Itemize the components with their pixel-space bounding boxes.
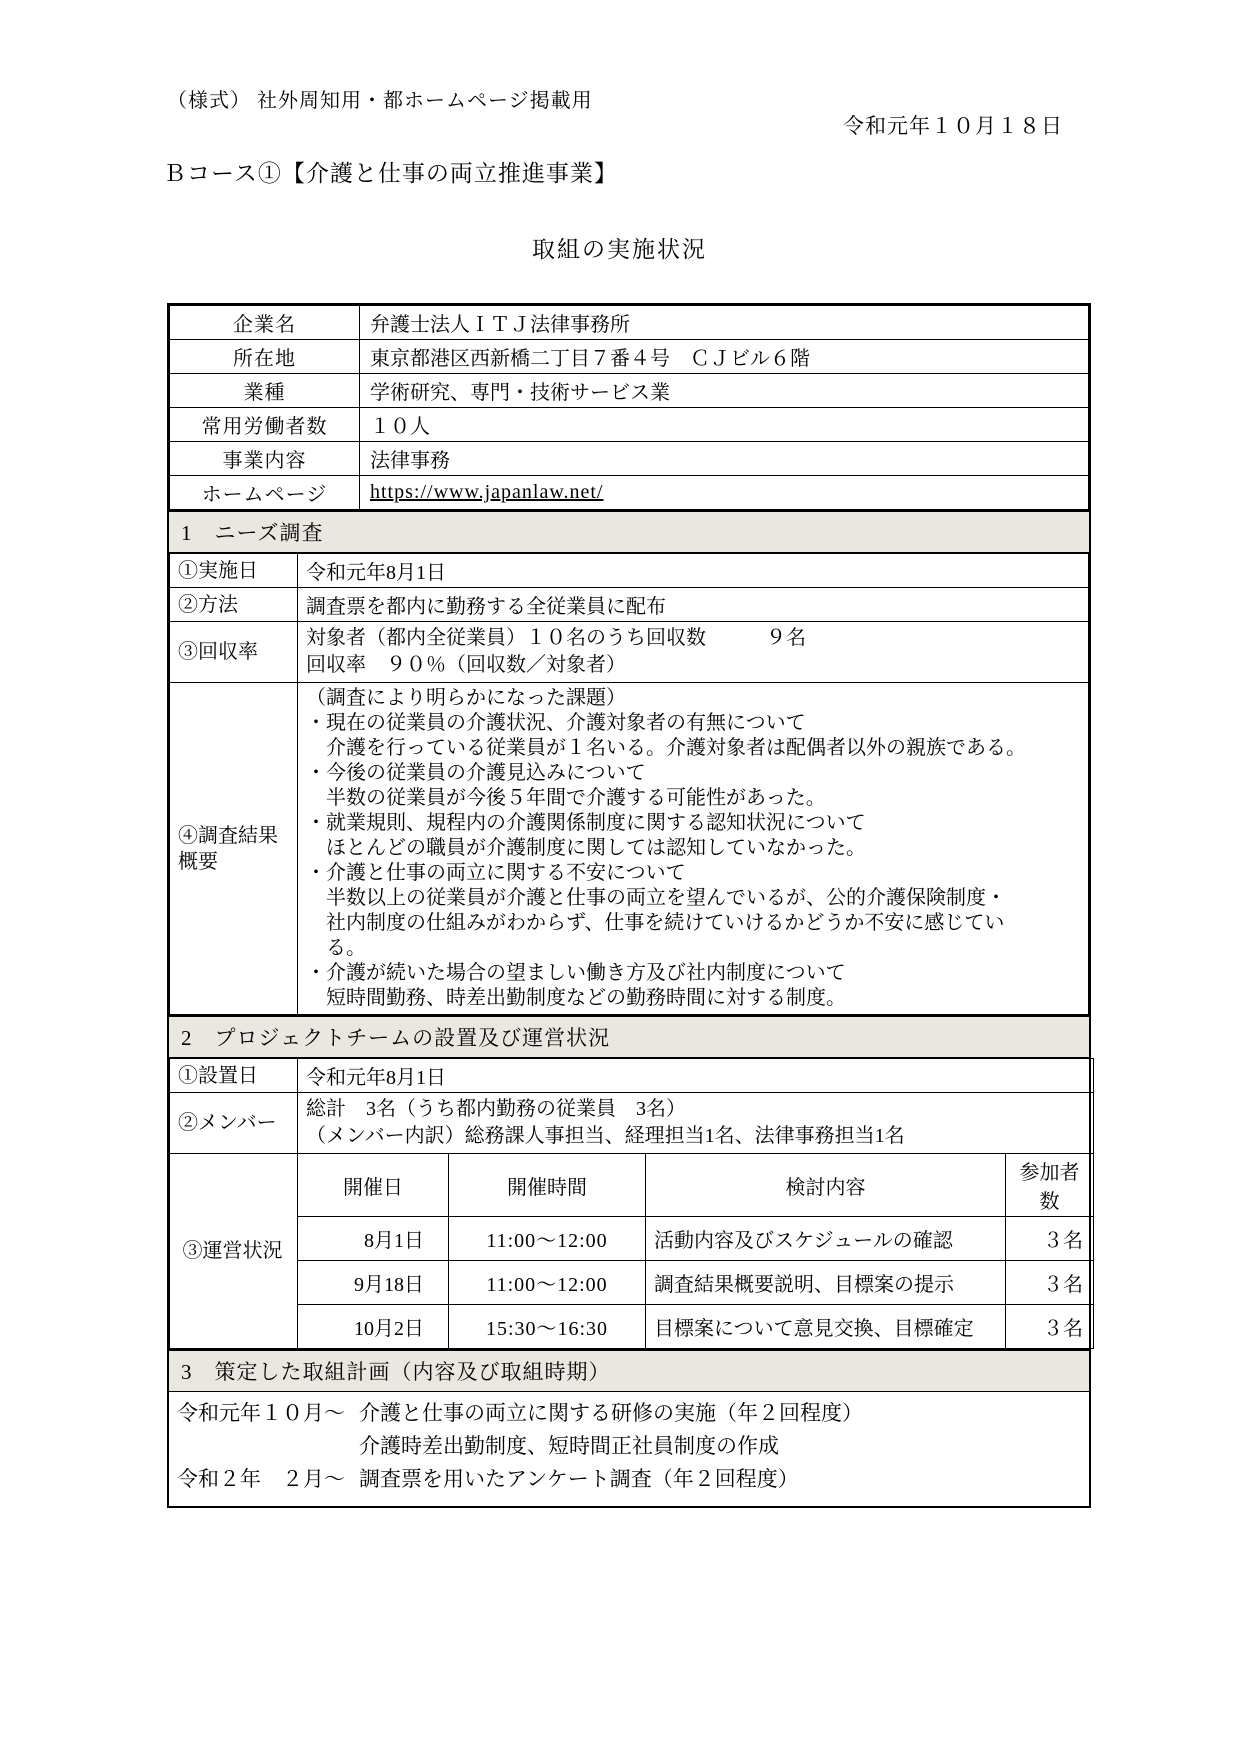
meeting-date: 8月1日 — [298, 1217, 449, 1261]
company-employees-label: 常用労働者数 — [170, 408, 360, 442]
summary-line: 短時間勤務、時差出勤制度などの勤務時間に対する制度。 — [306, 986, 1080, 1011]
meeting-row: 9月18日 11:00～12:00 調査結果概要説明、目標案の提示 ３名 — [170, 1261, 1094, 1305]
company-business-value: 法律事務 — [360, 442, 1089, 476]
company-row-name: 企業名 弁護士法人ＩＴＪ法律事務所 — [170, 306, 1089, 340]
meeting-time: 15:30～16:30 — [449, 1305, 646, 1349]
meetings-col-content: 検討内容 — [646, 1154, 1006, 1217]
company-address-label: 所在地 — [170, 340, 360, 374]
survey-date-label: ①実施日 — [170, 554, 298, 588]
plan-text: 介護と仕事の両立に関する研修の実施（年２回程度） — [359, 1397, 863, 1430]
meeting-row: 10月2日 15:30～16:30 目標案について意見交換、目標確定 ３名 — [170, 1305, 1094, 1349]
summary-line: （調査により明らかになった課題） — [306, 686, 1080, 711]
team-members-label: ②メンバー — [170, 1093, 298, 1154]
meeting-time: 11:00～12:00 — [449, 1261, 646, 1305]
company-address-value: 東京都港区西新橋二丁目７番４号 ＣＪビル６階 — [360, 340, 1089, 374]
company-name-value: 弁護士法人ＩＴＪ法律事務所 — [360, 306, 1089, 340]
meeting-attendees: ３名 — [1006, 1217, 1094, 1261]
section3-header: 3 策定した取組計画（内容及び取組時期） — [169, 1349, 1089, 1392]
response-line: 対象者（都内全従業員）１０名のうち回収数 ９名 — [306, 625, 1080, 652]
survey-response-row: ③回収率 対象者（都内全従業員）１０名のうち回収数 ９名 回収率 ９０％（回収数… — [170, 622, 1089, 683]
team-members-value: 総計 3名（うち都内勤務の従業員 3名） （メンバー内訳）総務課人事担当、経理担… — [298, 1093, 1094, 1154]
meetings-col-time: 開催時間 — [449, 1154, 646, 1217]
meeting-date: 10月2日 — [298, 1305, 449, 1349]
summary-line: 半数の従業員が今後５年間で介護する可能性があった。 — [306, 786, 1080, 811]
project-team-table: ①設置日 令和元年8月1日 ②メンバー 総計 3名（うち都内勤務の従業員 3名）… — [169, 1058, 1094, 1349]
company-industry-label: 業種 — [170, 374, 360, 408]
summary-line: る。 — [306, 936, 1080, 961]
plan-period — [177, 1430, 359, 1463]
summary-line: ・就業規則、規程内の介護関係制度に関する認知状況について — [306, 811, 1080, 836]
company-industry-value: 学術研究、専門・技術サービス業 — [360, 374, 1089, 408]
summary-line: ・介護が続いた場合の望ましい働き方及び社内制度について — [306, 961, 1080, 986]
team-setup-label: ①設置日 — [170, 1059, 298, 1093]
document-title: 取組の実施状況 — [0, 231, 1239, 264]
main-table: 企業名 弁護士法人ＩＴＪ法律事務所 所在地 東京都港区西新橋二丁目７番４号 ＣＪ… — [167, 303, 1091, 1508]
survey-date-row: ①実施日 令和元年8月1日 — [170, 554, 1089, 588]
summary-line: 社内制度の仕組みがわからず、仕事を続けていけるかどうか不安に感じてい — [306, 911, 1080, 936]
company-homepage-label: ホームページ — [170, 476, 360, 510]
summary-line: ・介護と仕事の両立に関する不安について — [306, 861, 1080, 886]
meetings-header-row: ③運営状況 開催日 開催時間 検討内容 参加者数 — [170, 1154, 1094, 1217]
company-name-label: 企業名 — [170, 306, 360, 340]
document-date: 令和元年１０月１８日 — [843, 110, 1063, 140]
meeting-content: 調査結果概要説明、目標案の提示 — [646, 1261, 1006, 1305]
meeting-content: 目標案について意見交換、目標確定 — [646, 1305, 1006, 1349]
company-homepage-link[interactable]: https://www.japanlaw.net/ — [360, 476, 1089, 510]
survey-method-label: ②方法 — [170, 588, 298, 622]
plan-text: 介護時差出勤制度、短時間正社員制度の作成 — [359, 1430, 779, 1463]
survey-method-value: 調査票を都内に勤務する全従業員に配布 — [298, 588, 1089, 622]
form-note: （様式） 社外周知用・都ホームページ掲載用 — [167, 84, 593, 113]
team-operations-label: ③運営状況 — [170, 1154, 298, 1349]
survey-summary-row: ④調査結果概要 （調査により明らかになった課題） ・現在の従業員の介護状況、介護… — [170, 683, 1089, 1015]
course-title: Ｂコース①【介護と仕事の両立推進事業】 — [163, 155, 618, 188]
meetings-col-attendees: 参加者数 — [1006, 1154, 1094, 1217]
needs-survey-table: ①実施日 令和元年8月1日 ②方法 調査票を都内に勤務する全従業員に配布 ③回収… — [169, 553, 1089, 1015]
section1-header: 1 ニーズ調査 — [169, 510, 1089, 553]
plan-line: 令和２年 ２月～ 調査票を用いたアンケート調査（年２回程度） — [177, 1463, 1081, 1496]
members-line: 総計 3名（うち都内勤務の従業員 3名） — [306, 1096, 1085, 1123]
summary-line: 半数以上の従業員が介護と仕事の両立を望んでいるが、公的介護保険制度・ — [306, 886, 1080, 911]
section2-header: 2 プロジェクトチームの設置及び運営状況 — [169, 1015, 1089, 1058]
survey-date-value: 令和元年8月1日 — [298, 554, 1089, 588]
company-employees-value: １０人 — [360, 408, 1089, 442]
summary-line: 介護を行っている従業員が１名いる。介護対象者は配偶者以外の親族である。 — [306, 736, 1080, 761]
plan-text: 調査票を用いたアンケート調査（年２回程度） — [359, 1463, 799, 1496]
members-line: （メンバー内訳）総務課人事担当、経理担当1名、法律事務担当1名 — [306, 1123, 1085, 1150]
company-business-label: 事業内容 — [170, 442, 360, 476]
meeting-date: 9月18日 — [298, 1261, 449, 1305]
survey-summary-label: ④調査結果概要 — [170, 683, 298, 1015]
plan-period: 令和２年 ２月～ — [177, 1463, 359, 1496]
team-setup-row: ①設置日 令和元年8月1日 — [170, 1059, 1094, 1093]
meetings-col-date: 開催日 — [298, 1154, 449, 1217]
response-line: 回収率 ９０％（回収数／対象者） — [306, 652, 1080, 679]
meeting-time: 11:00～12:00 — [449, 1217, 646, 1261]
plan-line: 介護時差出勤制度、短時間正社員制度の作成 — [177, 1430, 1081, 1463]
plan-period: 令和元年１０月～ — [177, 1397, 359, 1430]
company-row-business: 事業内容 法律事務 — [170, 442, 1089, 476]
meeting-row: 8月1日 11:00～12:00 活動内容及びスケジュールの確認 ３名 — [170, 1217, 1094, 1261]
company-row-industry: 業種 学術研究、専門・技術サービス業 — [170, 374, 1089, 408]
survey-summary-value: （調査により明らかになった課題） ・現在の従業員の介護状況、介護対象者の有無につ… — [298, 683, 1089, 1015]
meeting-attendees: ３名 — [1006, 1305, 1094, 1349]
survey-response-label: ③回収率 — [170, 622, 298, 683]
summary-line: ほとんどの職員が介護制度に関しては認知していなかった。 — [306, 836, 1080, 861]
plan-line: 令和元年１０月～ 介護と仕事の両立に関する研修の実施（年２回程度） — [177, 1397, 1081, 1430]
survey-response-value: 対象者（都内全従業員）１０名のうち回収数 ９名 回収率 ９０％（回収数／対象者） — [298, 622, 1089, 683]
meeting-content: 活動内容及びスケジュールの確認 — [646, 1217, 1006, 1261]
summary-line: ・現在の従業員の介護状況、介護対象者の有無について — [306, 711, 1080, 736]
document-page: （様式） 社外周知用・都ホームページ掲載用 令和元年１０月１８日 Ｂコース①【介… — [0, 0, 1239, 1754]
summary-line: ・今後の従業員の介護見込みについて — [306, 761, 1080, 786]
survey-method-row: ②方法 調査票を都内に勤務する全従業員に配布 — [170, 588, 1089, 622]
company-row-employees: 常用労働者数 １０人 — [170, 408, 1089, 442]
team-setup-value: 令和元年8月1日 — [298, 1059, 1094, 1093]
action-plan-block: 令和元年１０月～ 介護と仕事の両立に関する研修の実施（年２回程度） 介護時差出勤… — [169, 1392, 1089, 1506]
team-members-row: ②メンバー 総計 3名（うち都内勤務の従業員 3名） （メンバー内訳）総務課人事… — [170, 1093, 1094, 1154]
company-info-table: 企業名 弁護士法人ＩＴＪ法律事務所 所在地 東京都港区西新橋二丁目７番４号 ＣＪ… — [169, 305, 1089, 510]
company-row-address: 所在地 東京都港区西新橋二丁目７番４号 ＣＪビル６階 — [170, 340, 1089, 374]
meeting-attendees: ３名 — [1006, 1261, 1094, 1305]
company-row-homepage: ホームページ https://www.japanlaw.net/ — [170, 476, 1089, 510]
